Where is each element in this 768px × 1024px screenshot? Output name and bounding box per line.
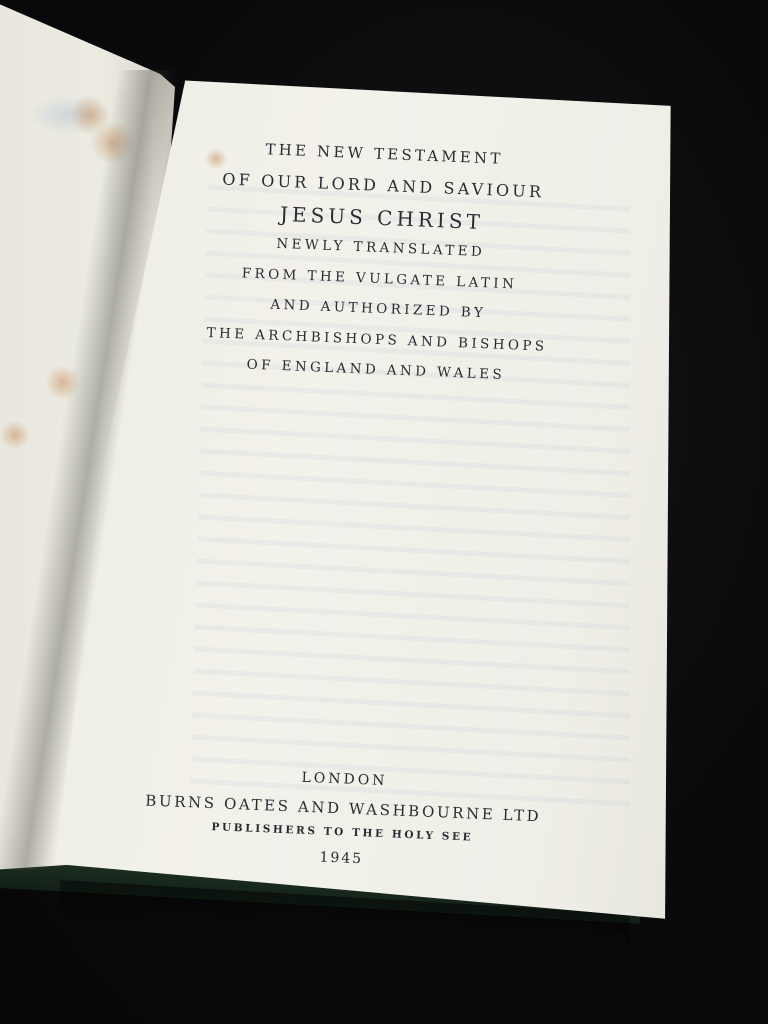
title-line: AND AUTHORIZED BY (153, 294, 603, 326)
foxing-stain (0, 420, 30, 450)
title-line: THE ARCHBISHOPS AND BISHOPS (152, 324, 602, 356)
title-line: FROM THE VULGATE LATIN (154, 263, 604, 295)
title-line: NEWLY TRANSLATED (156, 233, 606, 265)
imprint-block: LONDON BURNS OATES AND WASHBOURNE LTD PU… (106, 762, 579, 876)
title-line-main: JESUS CHRIST (157, 199, 607, 237)
title-block: THE NEW TESTAMENT OF OUR LORD AND SAVIOU… (150, 138, 610, 403)
title-line: OF OUR LORD AND SAVIOUR (158, 169, 608, 203)
title-line: OF ENGLAND AND WALES (151, 355, 601, 387)
photo-scene: THE NEW TESTAMENT OF OUR LORD AND SAVIOU… (0, 0, 768, 1024)
